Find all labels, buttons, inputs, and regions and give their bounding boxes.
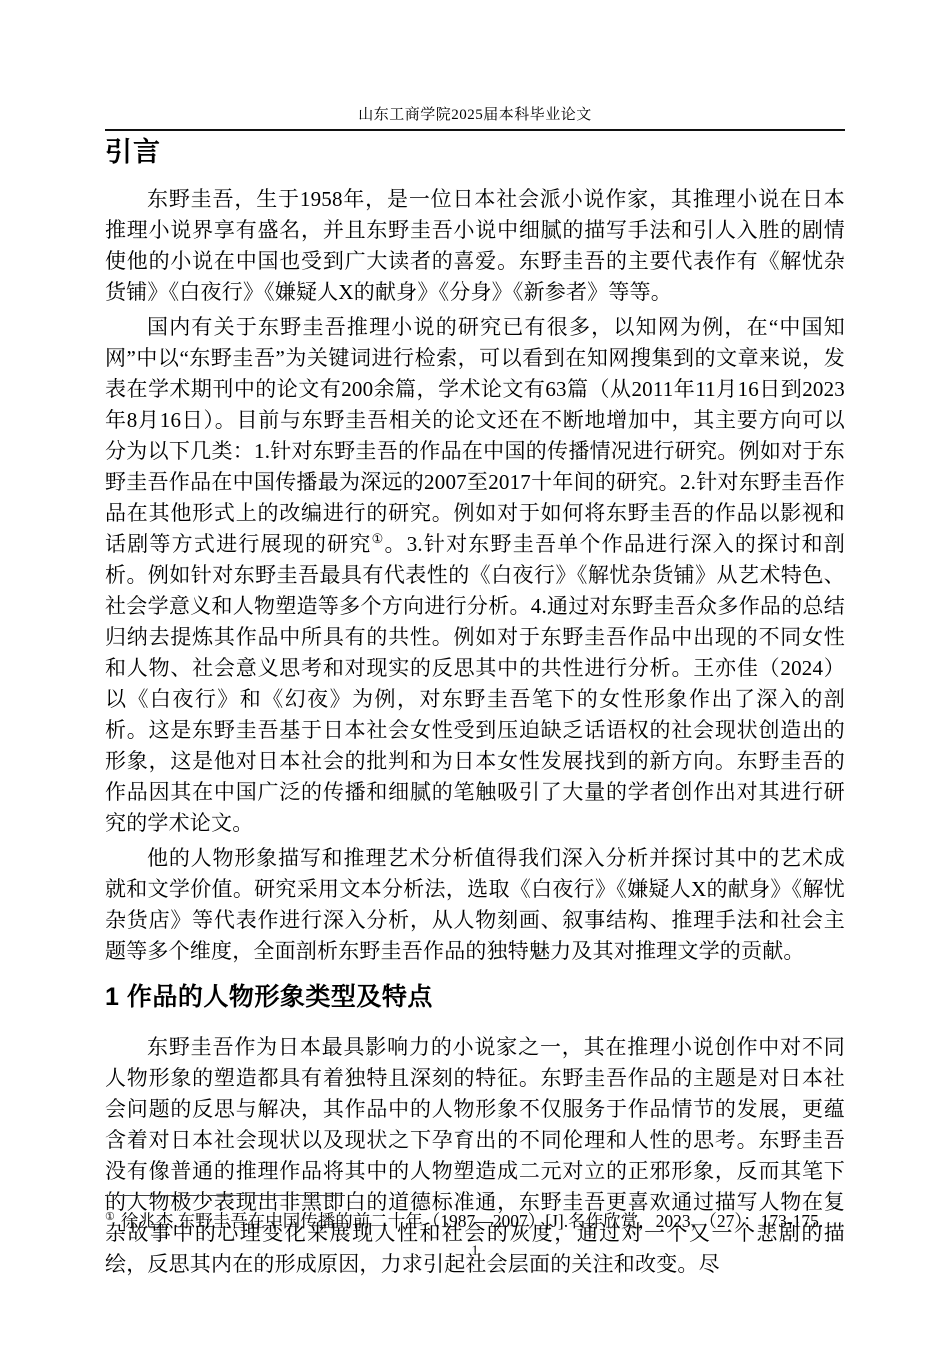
footnote-entry: ①徐兆杰.东野圭吾在中国传播的前二十年（1987—2007）[J].名作欣赏，2… xyxy=(105,1205,845,1233)
footnote-divider xyxy=(105,1195,345,1196)
header-title: 山东工商学院2025届本科毕业论文 xyxy=(358,107,592,123)
footnote-area: ①徐兆杰.东野圭吾在中国传播的前二十年（1987—2007）[J].名作欣赏，2… xyxy=(105,1195,845,1233)
footnote-reference-mark: ① xyxy=(372,531,385,546)
document-page: 山东工商学院2025届本科毕业论文 引言 东野圭吾，生于1958年，是一位日本社… xyxy=(0,0,950,1345)
page-number: 1 xyxy=(0,1243,950,1260)
document-content: 引言 东野圭吾，生于1958年，是一位日本社会派小说作家，其推理小说在日本推理小… xyxy=(105,136,845,1284)
footnote-marker: ① xyxy=(105,1211,115,1223)
intro-paragraph-1: 东野圭吾，生于1958年，是一位日本社会派小说作家，其推理小说在日本推理小说界享… xyxy=(105,184,845,308)
intro-paragraph-2: 国内有关于东野圭吾推理小说的研究已有很多，以知网为例，在“中国知网”中以“东野圭… xyxy=(105,312,845,839)
intro-paragraph-3: 他的人物形象描写和推理艺术分析值得我们深入分析并探讨其中的艺术成就和文学价值。研… xyxy=(105,843,845,967)
section-1-heading: 1 作品的人物形象类型及特点 xyxy=(105,981,845,1014)
page-header: 山东工商学院2025届本科毕业论文 xyxy=(105,103,845,131)
intro-paragraph-2-text-after-ref: 。3.针对东野圭吾单个作品进行深入的探讨和剖析。例如针对东野圭吾最具有代表性的《… xyxy=(105,532,845,835)
footnote-text: 徐兆杰.东野圭吾在中国传播的前二十年（1987—2007）[J].名作欣赏，20… xyxy=(121,1211,823,1231)
intro-paragraph-2-text-before-ref: 国内有关于东野圭吾推理小说的研究已有很多，以知网为例，在“中国知网”中以“东野圭… xyxy=(105,315,845,556)
intro-heading: 引言 xyxy=(105,136,845,168)
